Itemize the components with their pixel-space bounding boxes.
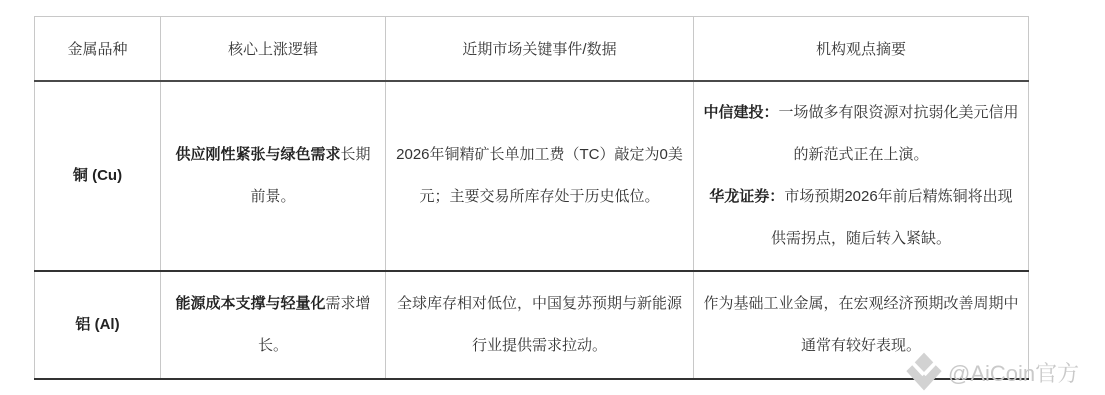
copper-opinion-hualong-text: 市场预期2026年前后精炼铜将出现供需拐点，随后转入紧缺。 (771, 188, 1013, 247)
metals-comparison-table: 金属品种 核心上涨逻辑 近期市场关键事件/数据 机构观点摘要 铜 (Cu) 供应… (34, 16, 1029, 380)
copper-opinion-citic-text: 一场做多有限资源对抗弱化美元信用的新范式正在上演。 (779, 104, 1019, 163)
aluminum-metal-cell: 铝 (Al) (35, 271, 161, 379)
header-institution-views: 机构观点摘要 (694, 17, 1029, 81)
aluminum-logic-bold: 能源成本支撑与轻量化 (175, 295, 325, 312)
header-metal-type: 金属品种 (35, 17, 161, 81)
copper-events-cell: 2026年铜精矿长单加工费（TC）敲定为0美元；主要交易所库存处于历史低位。 (386, 81, 694, 271)
aluminum-events-text: 全球库存相对低位，中国复苏预期与新能源行业提供需求拉动。 (394, 283, 685, 367)
copper-opinion-citic-org: 中信建投： (703, 104, 778, 121)
copper-events-text: 2026年铜精矿长单加工费（TC）敲定为0美元；主要交易所库存处于历史低位。 (394, 134, 685, 218)
copper-opinion-citic: 中信建投：一场做多有限资源对抗弱化美元信用的新范式正在上演。 (702, 92, 1020, 176)
aluminum-opinion-text: 作为基础工业金属，在宏观经济预期改善周期中通常有较好表现。 (702, 283, 1020, 367)
copper-logic-text: 供应刚性紧张与绿色需求长期前景。 (169, 134, 377, 218)
copper-metal-cell: 铜 (Cu) (35, 81, 161, 271)
copper-opinion-hualong: 华龙证券：市场预期2026年前后精炼铜将出现供需拐点，随后转入紧缺。 (702, 176, 1020, 260)
aluminum-events-cell: 全球库存相对低位，中国复苏预期与新能源行业提供需求拉动。 (386, 271, 694, 379)
table-row-copper: 铜 (Cu) 供应刚性紧张与绿色需求长期前景。 2026年铜精矿长单加工费（TC… (35, 81, 1029, 271)
copper-logic-bold: 供应刚性紧张与绿色需求 (175, 146, 340, 163)
copper-logic-cell: 供应刚性紧张与绿色需求长期前景。 (161, 81, 386, 271)
header-key-events: 近期市场关键事件/数据 (386, 17, 694, 81)
table-row-aluminum: 铝 (Al) 能源成本支撑与轻量化需求增长。 全球库存相对低位，中国复苏预期与新… (35, 271, 1029, 379)
header-row: 金属品种 核心上涨逻辑 近期市场关键事件/数据 机构观点摘要 (35, 17, 1029, 81)
aluminum-opinions-cell: 作为基础工业金属，在宏观经济预期改善周期中通常有较好表现。 (694, 271, 1029, 379)
copper-opinions-cell: 中信建投：一场做多有限资源对抗弱化美元信用的新范式正在上演。 华龙证券：市场预期… (694, 81, 1029, 271)
aluminum-logic-cell: 能源成本支撑与轻量化需求增长。 (161, 271, 386, 379)
aluminum-metal-name: 铝 (Al) (75, 316, 119, 333)
copper-opinion-hualong-org: 华龙证券： (709, 188, 784, 205)
copper-metal-name: 铜 (Cu) (73, 167, 122, 184)
aluminum-logic-text: 能源成本支撑与轻量化需求增长。 (169, 283, 377, 367)
header-core-logic: 核心上涨逻辑 (161, 17, 386, 81)
